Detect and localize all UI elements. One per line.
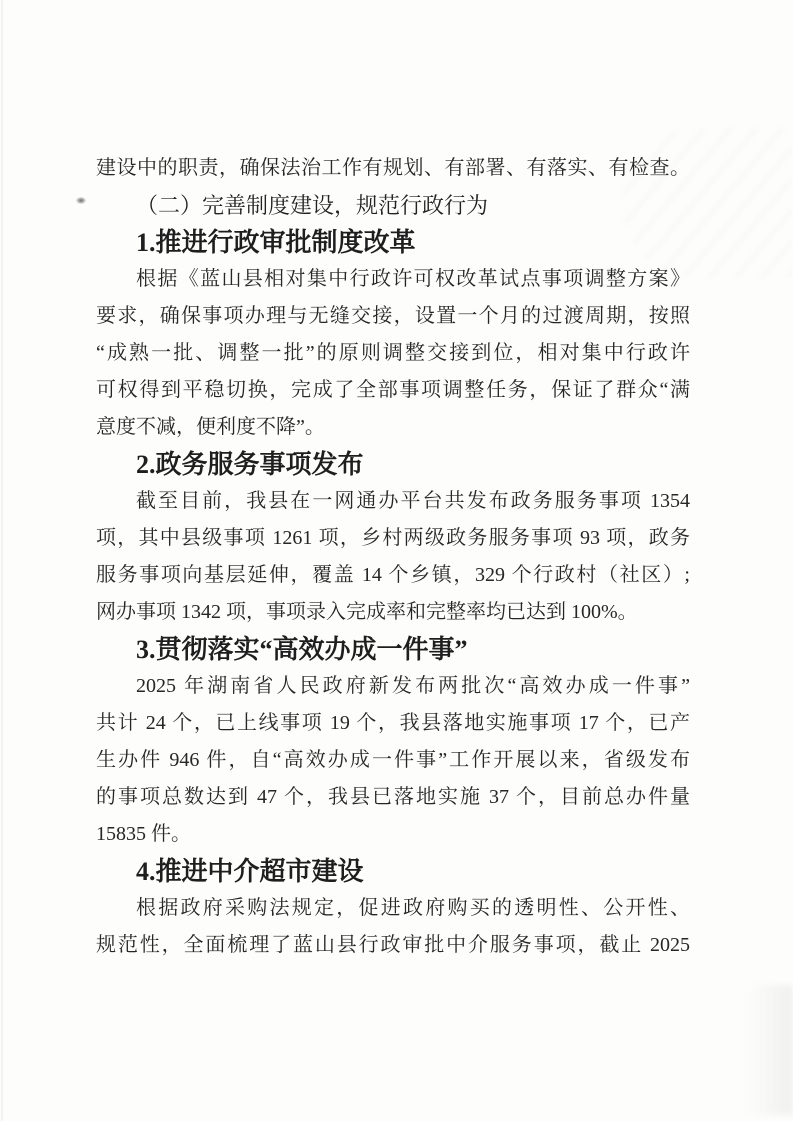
body-line: 15835 件。	[96, 816, 690, 853]
body-line: 的事项总数达到 47 个，我县已落地实施 37 个，目前总办件量	[96, 779, 690, 816]
section-heading: （二）完善制度建设，规范行政行为	[96, 187, 690, 224]
body-line: 根据《蓝山县相对集中行政许可权改革试点事项调整方案》	[96, 261, 690, 298]
body-line: 规范性，全面梳理了蓝山县行政审批中介服务事项，截止 2025	[96, 927, 690, 964]
body-line: 建设中的职责，确保法治工作有规划、有部署、有落实、有检查。	[96, 150, 690, 187]
document-page: 建设中的职责，确保法治工作有规划、有部署、有落实、有检查。（二）完善制度建设，规…	[0, 0, 793, 1121]
numbered-heading: 3.贯彻落实“高效办成一件事”	[96, 631, 690, 668]
body-line: 要求，确保事项办理与无缝交接，设置一个月的过渡周期，按照	[96, 298, 690, 335]
body-line: “成熟一批、调整一批”的原则调整交接到位，相对集中行政许	[96, 335, 690, 372]
body-line: 2025 年湖南省人民政府新发布两批次“高效办成一件事”	[96, 668, 690, 705]
scan-smudge-bottom-right	[745, 985, 793, 1115]
body-line: 可权得到平稳切换，完成了全部事项调整任务，保证了群众“满	[96, 372, 690, 409]
scan-speck	[76, 197, 86, 204]
body-line: 服务事项向基层延伸，覆盖 14 个乡镇，329 个行政村（社区）;	[96, 557, 690, 594]
body-line: 意度不减，便利度不降”。	[96, 409, 690, 446]
document-text: 建设中的职责，确保法治工作有规划、有部署、有落实、有检查。（二）完善制度建设，规…	[96, 150, 690, 964]
numbered-heading: 2.政务服务事项发布	[96, 446, 690, 483]
body-line: 项，其中县级事项 1261 项，乡村两级政务服务事项 93 项，政务	[96, 520, 690, 557]
body-line: 生办件 946 件，自“高效办成一件事”工作开展以来，省级发布	[96, 742, 690, 779]
body-line: 网办事项 1342 项，事项录入完成率和完整率均已达到 100%。	[96, 594, 690, 631]
scan-edge-line	[1, 0, 3, 1121]
numbered-heading: 4.推进中介超市建设	[96, 853, 690, 890]
body-line: 根据政府采购法规定，促进政府购买的透明性、公开性、	[96, 890, 690, 927]
body-line: 共计 24 个，已上线事项 19 个，我县落地实施事项 17 个，已产	[96, 705, 690, 742]
body-line: 截至目前，我县在一网通办平台共发布政务服务事项 1354	[96, 483, 690, 520]
numbered-heading: 1.推进行政审批制度改革	[96, 224, 690, 261]
